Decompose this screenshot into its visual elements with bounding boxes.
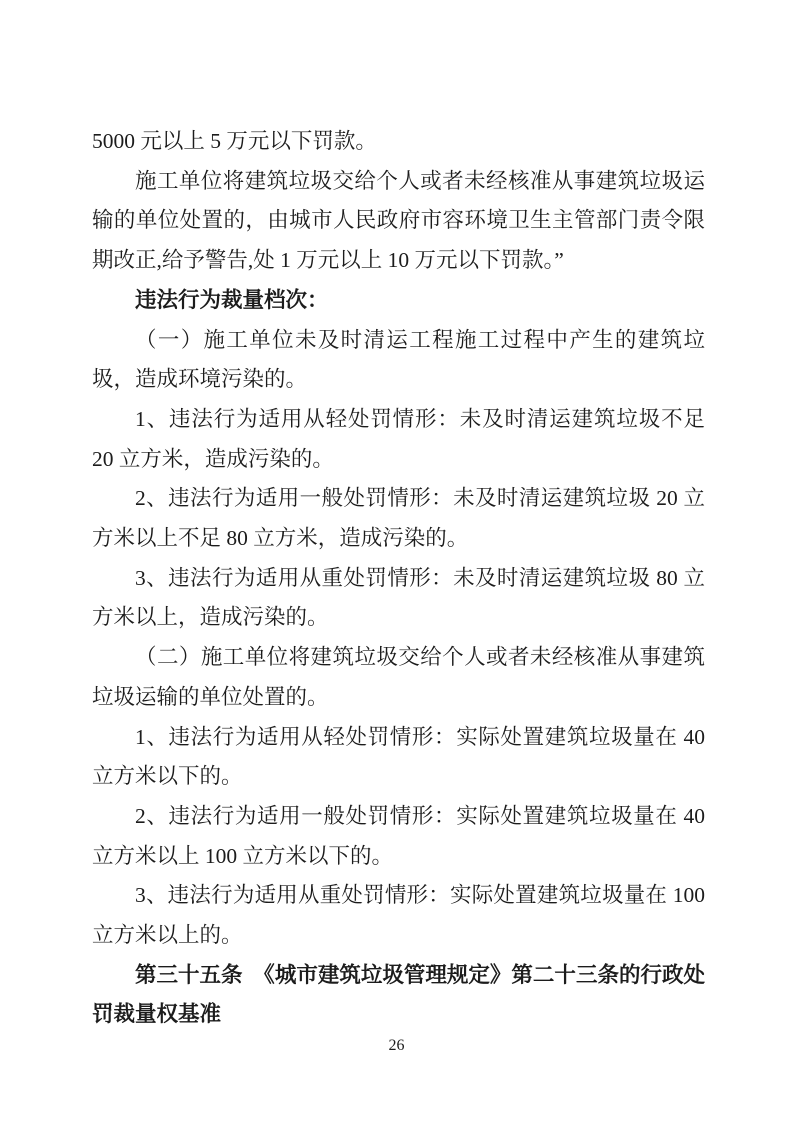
page-number: 26 xyxy=(0,1036,793,1056)
body-paragraph: 2、违法行为适用一般处罚情形：未及时清运建筑垃圾 20 立方米以上不足 80 立… xyxy=(92,479,705,558)
document-body: 5000 元以上 5 万元以下罚款。施工单位将建筑垃圾交给个人或者未经核准从事建… xyxy=(92,122,705,1035)
body-paragraph: （一）施工单位未及时清运工程施工过程中产生的建筑垃圾，造成环境污染的。 xyxy=(92,321,705,400)
body-paragraph: 2、违法行为适用一般处罚情形：实际处置建筑垃圾量在 40 立方米以上 100 立… xyxy=(92,797,705,876)
body-paragraph: 1、违法行为适用从轻处罚情形：实际处置建筑垃圾量在 40 立方米以下的。 xyxy=(92,718,705,797)
heading-paragraph: 第三十五条 《城市建筑垃圾管理规定》第二十三条的行政处罚裁量权基准 xyxy=(92,956,705,1035)
body-paragraph: 3、违法行为适用从重处罚情形：未及时清运建筑垃圾 80 立方米以上，造成污染的。 xyxy=(92,559,705,638)
body-paragraph: 施工单位将建筑垃圾交给个人或者未经核准从事建筑垃圾运输的单位处置的，由城市人民政… xyxy=(92,162,705,281)
body-paragraph: 5000 元以上 5 万元以下罚款。 xyxy=(92,122,705,162)
body-paragraph: 1、违法行为适用从轻处罚情形：未及时清运建筑垃圾不足 20 立方米，造成污染的。 xyxy=(92,400,705,479)
body-paragraph: （二）施工单位将建筑垃圾交给个人或者未经核准从事建筑垃圾运输的单位处置的。 xyxy=(92,638,705,717)
body-paragraph: 3、违法行为适用从重处罚情形：实际处置建筑垃圾量在 100 立方米以上的。 xyxy=(92,876,705,955)
document-page: 5000 元以上 5 万元以下罚款。施工单位将建筑垃圾交给个人或者未经核准从事建… xyxy=(0,0,793,1122)
heading-paragraph: 违法行为裁量档次： xyxy=(92,281,705,321)
